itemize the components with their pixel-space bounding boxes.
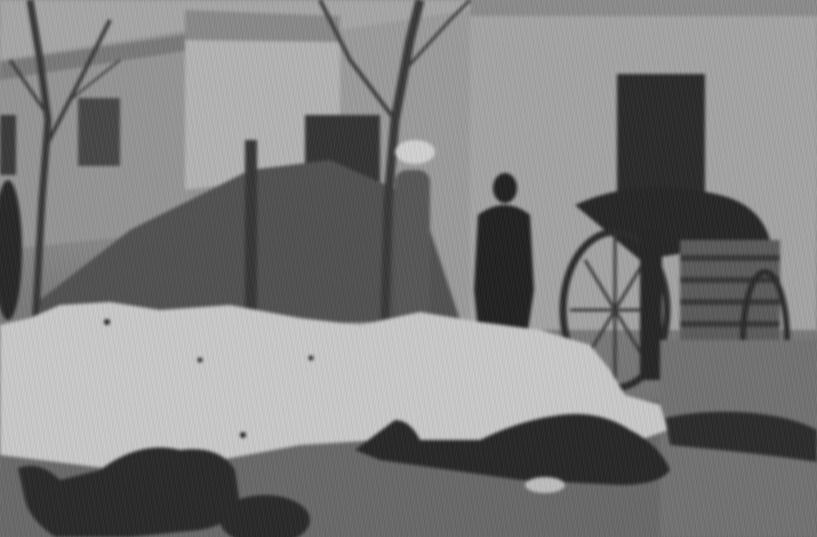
- scene: [0, 0, 817, 537]
- building-right-cornice: [470, 0, 817, 16]
- snow-lump: [525, 477, 565, 493]
- photograph: Winter street scene: snow bank in foregr…: [0, 0, 817, 537]
- window-left: [78, 98, 120, 166]
- figure-near-tree: [395, 170, 430, 320]
- snow-cap: [395, 140, 435, 164]
- doorway: [617, 74, 705, 204]
- post: [245, 140, 257, 310]
- window-far-left: [0, 115, 16, 175]
